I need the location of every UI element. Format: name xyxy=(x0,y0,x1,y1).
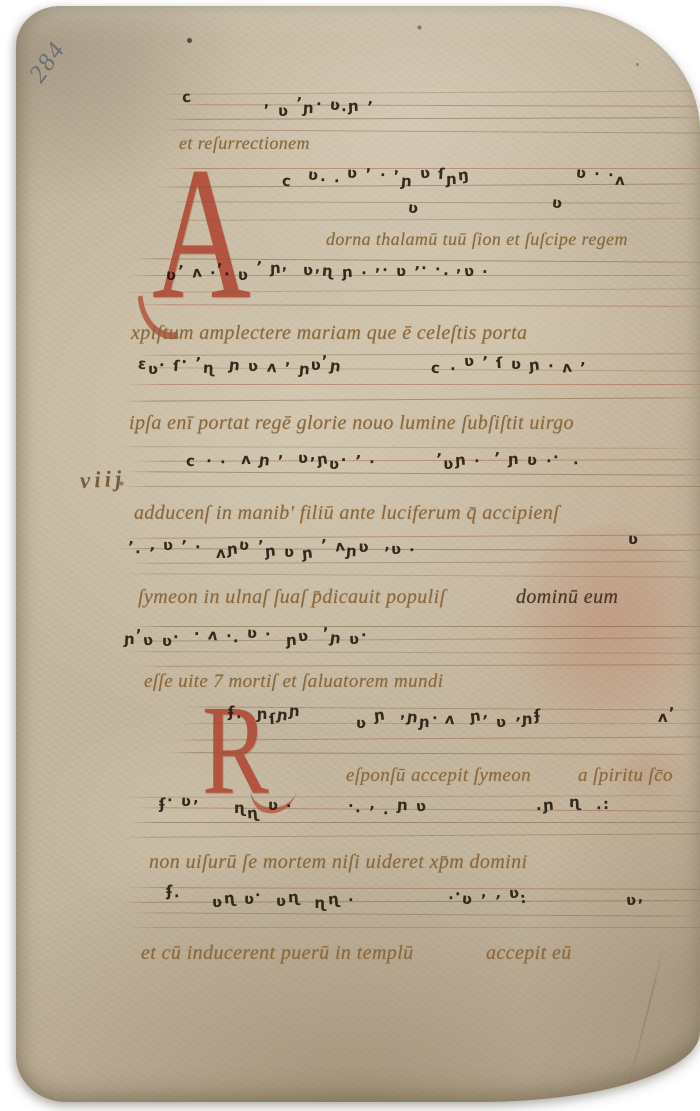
neume-group: ʼ ʋ ʼɲ· ʋ·ɲ ʼ xyxy=(264,100,374,115)
chant-text-line: eſponſū accepit ſymeon xyxy=(346,766,531,787)
staff-line xyxy=(126,471,700,476)
staff-line xyxy=(171,104,700,107)
staff-line xyxy=(127,384,700,385)
staff-line xyxy=(128,927,700,928)
chant-text-line: accepit eū xyxy=(486,942,572,964)
neume-group: · ʋ ʼ ſ ʋ ɲ · ʌ ʼ xyxy=(450,358,587,373)
staff-line xyxy=(166,117,700,120)
chant-text-line: et cū inducerent puerū in templū xyxy=(141,942,414,964)
staff-line xyxy=(120,900,700,903)
neume-group: ʋ ɲ ʼɲɲ· ʌ ɲʼ ʋ ʼɲʄ xyxy=(356,712,542,727)
staff-line xyxy=(125,887,700,890)
neume-group: c xyxy=(282,174,292,189)
neume-group: ɛʋ· ſ· ʼɳ ɲ ʋ ʌ ʼ ɲʋʼɲ xyxy=(138,358,342,373)
neume-group: ɳɳ ʋ · xyxy=(234,802,293,817)
neume-group: ʋ xyxy=(408,198,420,213)
neume-group: ʄ· ɲſɲɲ xyxy=(228,708,301,723)
folio-number: 284 xyxy=(24,36,72,88)
neume-group: ʄ· xyxy=(166,888,181,903)
neume-group: ʋɳ ʋ· ʋɳ ɳɳ · xyxy=(212,892,355,907)
neume-group: c xyxy=(186,451,196,466)
manuscript-page: 284 viij A R cʼ ʋ ʼɲ· ʋ·ɲ ʼet reſurrecti… xyxy=(16,6,700,1102)
neume-group: ɲʼʋ ʋ· · ʌ ·· ʋ · ɲʋ ʼɲ ʋ· xyxy=(124,630,368,645)
parchment-crease xyxy=(625,946,664,1097)
staff-line xyxy=(133,912,700,917)
neume-group: ··ʋ ʼ ʼ ʋ: xyxy=(448,890,528,905)
chant-text-line: et reſurrectionem xyxy=(179,134,310,154)
margin-numeral: viij xyxy=(79,466,126,494)
neume-group: ·ɲ ɳ ·: xyxy=(536,798,610,813)
neume-group: · · ʌ ɲ ʼ ʋʼɲʋ· ʼ · xyxy=(206,453,376,468)
neume-group: ʋ xyxy=(628,536,640,551)
chant-text-line: xpiſtum amplectere mariam que ē celeſtis… xyxy=(131,322,527,344)
staff-line xyxy=(158,90,700,95)
staff-line xyxy=(122,397,700,402)
chant-text-line: adducenſ in manib' filiū ante luciferum … xyxy=(134,502,559,524)
neume-group: ·· ʼ · ɲ ʋ xyxy=(348,802,428,817)
neume-group: ʼ· ʼ ʋ ʼ · ʌɲʋ ʼɲ ʋ ɲ ʼ ʌɲʋ ʼʋ · xyxy=(128,542,416,557)
neume-group: ʋʼ ʌ ·ʼ· ʋ ʼ ɲʼ ʋʼɳ ɲ · ʼ· ʋ ʼ· ·· ʼʋ · xyxy=(166,264,489,279)
neume-group: ʌʼ xyxy=(658,708,676,723)
neume-group: ʋ· · ʋ ʼ · ʼɲ ʋ ſɲŋ xyxy=(308,170,470,185)
neume-group: ʼʋɲ · ʼ ɲ ʋ ·· · xyxy=(436,453,581,468)
manuscript-photo: 284 viij A R cʼ ʋ ʼɲ· ʋ·ɲ ʼet reſurrecti… xyxy=(0,0,700,1111)
chant-text-line: a ſpiritu ſc̄o xyxy=(578,766,673,787)
neume-group: ʋ xyxy=(552,195,564,210)
neume-group: ʋʼ xyxy=(626,894,645,909)
chant-text-line: non uiſurū ſe mortem niſi uideret xp̄m d… xyxy=(149,851,528,873)
chant-text-line: ipſa enī portat regē glorie nouo lumine … xyxy=(129,412,574,434)
chant-text-line: dominū eum xyxy=(516,586,618,608)
neume-group: c xyxy=(431,364,441,379)
neume-group: ʄ· ʋʼ xyxy=(159,796,200,811)
neume-group: c xyxy=(182,94,192,109)
staff-line xyxy=(121,486,700,487)
staff-line xyxy=(123,833,700,838)
neume-group: ʋ · ·ʌ xyxy=(576,170,627,185)
staff-line xyxy=(118,446,698,449)
chant-text-line: ſymeon in ulnaſ ſuaſ p̄dicauit populiſ xyxy=(138,586,446,608)
staff-line xyxy=(128,822,700,823)
chant-text-line: eſſe uite 7 mortiſ et ſaluatorem mundi xyxy=(144,672,443,693)
chant-text-line: dorna thalamū tuū ſion et ſuſcipe regem xyxy=(326,230,628,250)
ink-specks xyxy=(16,6,19,9)
